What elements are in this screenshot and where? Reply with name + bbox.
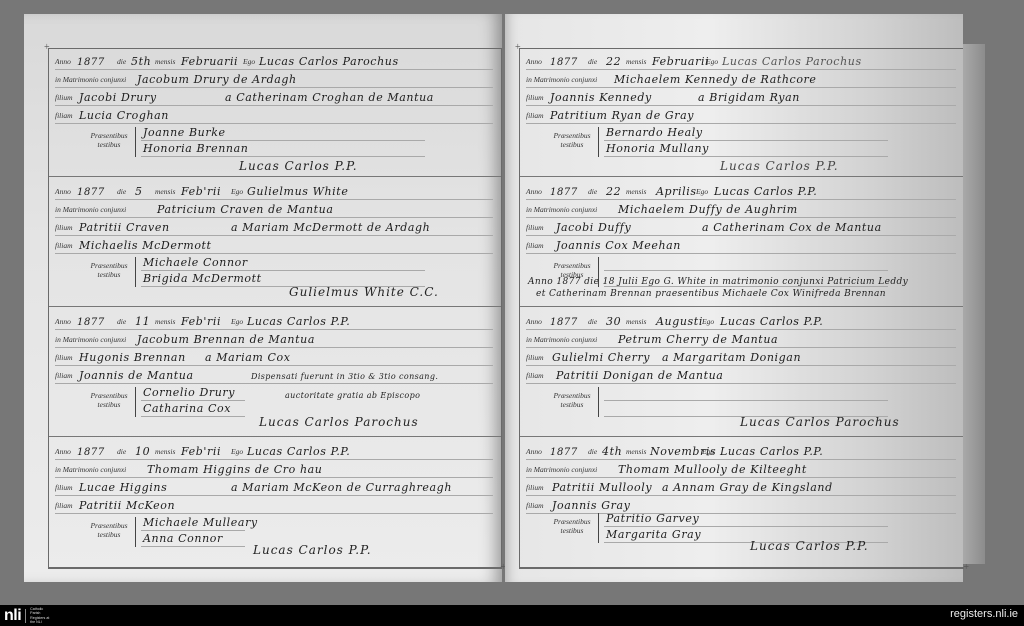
label-filium: filium <box>55 483 73 492</box>
entry-month: Feb'rii <box>181 185 221 198</box>
priest-signature: Lucas Carlos P.P. <box>253 543 372 557</box>
entry-groom-mother: a Catherinam Croghan de Mantua <box>225 91 434 104</box>
label-filiam: filiam <box>526 241 544 250</box>
label-filium: filium <box>55 93 73 102</box>
entry-groom: Petrum Cherry de Mantua <box>618 333 778 346</box>
entry-bride: Patritium Ryan de Gray <box>550 109 694 122</box>
entry-day: 5 <box>135 185 143 198</box>
label-filiam: filiam <box>55 241 73 250</box>
entry-day: 22 <box>606 185 621 198</box>
register-page-right: Anno 1877 die 22 mensis Februarii Ego Lu… <box>505 14 963 582</box>
register-frame-left: Anno 1877 die 5th mensis Februarii Ego L… <box>48 48 502 569</box>
label-anno: Anno <box>526 317 542 326</box>
entry-groom-father: Patritii Craven <box>79 221 170 234</box>
priest-signature: Lucas Carlos Parochus <box>259 415 419 429</box>
brace <box>135 387 138 417</box>
label-die: die <box>588 57 597 66</box>
label-mensis: mensis <box>626 317 646 326</box>
witness-name: Honoria Mullany <box>606 142 709 155</box>
witnesses: Præsentibustestibus Cornelio Drury Catha… <box>85 385 445 419</box>
witness-label: Præsentibustestibus <box>85 391 133 409</box>
label-filiam: filiam <box>55 501 73 510</box>
witness-label: Præsentibustestibus <box>548 131 596 149</box>
entry-groom: Patricium Craven de Mantua <box>157 203 334 216</box>
witness-label: Præsentibustestibus <box>548 517 596 535</box>
label-mensis: mensis <box>155 187 175 196</box>
witness-label: Præsentibustestibus <box>85 261 133 279</box>
entry-groom: Michaelem Duffy de Aughrim <box>618 203 798 216</box>
nli-logo[interactable]: nli Catholic Parish Registers at the NLI <box>4 607 54 624</box>
label-conjunxi: in Matrimonio conjunxi <box>526 465 597 474</box>
label-filiam: filiam <box>55 111 73 120</box>
register-page-left: Anno 1877 die 5th mensis Februarii Ego L… <box>24 14 502 582</box>
witness-label: Præsentibustestibus <box>85 521 133 539</box>
marriage-entry: Anno 1877 die 22 mensis Februarii Ego Lu… <box>520 49 964 177</box>
witness-label: Præsentibustestibus <box>85 131 133 149</box>
label-ego: Ego <box>243 57 255 66</box>
marginal-note: Anno 1877 die 18 Julii Ego G. White in m… <box>528 277 908 287</box>
label-filium: filium <box>526 93 544 102</box>
entry-groom: Thomam Higgins de Cro hau <box>147 463 322 476</box>
entry-bride: Patritii McKeon <box>79 499 175 512</box>
witness-name: Cornelio Drury <box>143 386 235 399</box>
entry-year: 1877 <box>77 187 105 198</box>
priest-signature: Gulielmus White C.C. <box>289 285 439 299</box>
entry-groom-father: Patritii Mullooly <box>552 481 652 494</box>
label-conjunxi: in Matrimonio conjunxi <box>55 205 126 214</box>
entry-bride: Lucia Croghan <box>79 109 169 122</box>
priest-signature: Lucas Carlos P.P. <box>720 159 839 173</box>
entry-month: Aprilis <box>656 185 697 198</box>
priest-signature: Lucas Carlos P.P. <box>750 539 869 553</box>
entry-day: 5th <box>131 55 151 68</box>
label-conjunxi: in Matrimonio conjunxi <box>526 205 597 214</box>
witness-name: Michaele Connor <box>143 256 248 269</box>
label-filium: filium <box>526 483 544 492</box>
entry-day: 10 <box>135 445 150 458</box>
label-anno: Anno <box>55 447 71 456</box>
entry-groom-mother: a Mariam McKeon de Curraghreagh <box>231 481 452 494</box>
register-frame-right: Anno 1877 die 22 mensis Februarii Ego Lu… <box>519 48 964 569</box>
entry-month: Feb'rii <box>181 445 221 458</box>
label-filium: filium <box>526 223 544 232</box>
entry-groom-father: Joannis Kennedy <box>550 91 652 104</box>
priest-signature: Lucas Carlos Parochus <box>740 415 900 429</box>
label-ego: Ego <box>702 447 714 456</box>
label-anno: Anno <box>526 187 542 196</box>
marriage-entry: Anno 1877 die 5th mensis Februarii Ego L… <box>49 49 501 177</box>
label-mensis: mensis <box>626 447 646 456</box>
witness-name: Anna Connor <box>143 532 223 545</box>
entry-bride: Joannis Cox Meehan <box>556 239 681 252</box>
entry-day: 30 <box>606 315 621 328</box>
entry-groom-mother: a Brigidam Ryan <box>698 91 800 104</box>
label-conjunxi: in Matrimonio conjunxi <box>55 75 126 84</box>
witness-name: Brigida McDermott <box>143 272 262 285</box>
label-filiam: filiam <box>526 111 544 120</box>
entry-month: Augusti <box>656 315 703 328</box>
label-filium: filium <box>55 353 73 362</box>
entry-month: Februarii <box>652 55 709 68</box>
label-die: die <box>588 317 597 326</box>
label-mensis: mensis <box>155 317 175 326</box>
entry-year: 1877 <box>77 57 105 68</box>
entry-groom-father: Jacobi Duffy <box>556 221 631 234</box>
footer-bar: nli Catholic Parish Registers at the NLI… <box>0 605 1024 626</box>
entry-month: Feb'rii <box>181 315 221 328</box>
brace <box>598 513 601 543</box>
label-filiam: filiam <box>526 501 544 510</box>
marriage-entry: Anno 1877 die 22 mensis Aprilis Ego Luca… <box>520 179 964 307</box>
label-filium: filium <box>526 353 544 362</box>
logo-divider <box>25 609 26 623</box>
dispensation-note: Dispensati fuerunt in 3tio & 3tio consan… <box>251 372 438 381</box>
label-ego: Ego <box>231 187 243 196</box>
label-filiam: filiam <box>55 371 73 380</box>
entry-year: 1877 <box>550 57 578 68</box>
witness-name: Michaele Mulleary <box>143 516 258 529</box>
label-die: die <box>117 187 126 196</box>
entry-groom-father: Gulielmi Cherry <box>552 351 650 364</box>
entry-year: 1877 <box>77 447 105 458</box>
label-ego: Ego <box>231 317 243 326</box>
entry-priest: Lucas Carlos P.P. <box>720 445 823 458</box>
entry-groom: Jacobum Brennan de Mantua <box>137 333 315 346</box>
label-anno: Anno <box>55 57 71 66</box>
entry-groom: Jacobum Drury de Ardagh <box>137 73 297 86</box>
priest-signature: Lucas Carlos P.P. <box>239 159 358 173</box>
label-filium: filium <box>55 223 73 232</box>
entry-groom-mother: a Margaritam Donigan <box>662 351 801 364</box>
entry-month: Februarii <box>181 55 238 68</box>
witnesses: Præsentibustestibus <box>548 385 908 419</box>
entry-priest: Lucas Carlos Parochus <box>722 55 862 68</box>
label-conjunxi: in Matrimonio conjunxi <box>55 465 126 474</box>
brace <box>135 517 138 547</box>
marriage-entry: Anno 1877 die 30 mensis Augusti Ego Luca… <box>520 309 964 437</box>
label-conjunxi: in Matrimonio conjunxi <box>526 75 597 84</box>
entry-day: 11 <box>135 315 150 328</box>
label-ego: Ego <box>231 447 243 456</box>
label-anno: Anno <box>526 447 542 456</box>
entry-groom: Thomam Mullooly de Kilteeght <box>618 463 807 476</box>
entry-day: 22 <box>606 55 621 68</box>
brace <box>598 127 601 157</box>
witness-label: Præsentibustestibus <box>548 391 596 409</box>
entry-year: 1877 <box>550 447 578 458</box>
entry-groom-father: Jacobi Drury <box>79 91 157 104</box>
label-die: die <box>117 447 126 456</box>
label-conjunxi: in Matrimonio conjunxi <box>55 335 126 344</box>
entry-bride: Patritii Donigan de Mantua <box>556 369 723 382</box>
marriage-entry: Anno 1877 die 5 mensis Feb'rii Ego Gulie… <box>49 179 501 307</box>
entry-priest: Gulielmus White <box>247 185 348 198</box>
nli-logo-text: Catholic Parish Registers at the NLI <box>30 607 54 624</box>
label-mensis: mensis <box>626 57 646 66</box>
image-viewer[interactable]: Anno 1877 die 5th mensis Februarii Ego L… <box>0 0 1024 605</box>
marriage-entry: Anno 1877 die 10 mensis Feb'rii Ego Luca… <box>49 439 501 567</box>
entry-priest: Lucas Carlos Parochus <box>259 55 399 68</box>
marginal-note: et Catherinam Brennan praesentibus Micha… <box>536 289 886 299</box>
witnesses: Præsentibustestibus Joanne Burke Honoria… <box>85 125 445 159</box>
entry-year: 1877 <box>77 317 105 328</box>
marriage-entry: Anno 1877 die 11 mensis Feb'rii Ego Luca… <box>49 309 501 437</box>
witness-name: Bernardo Healy <box>606 126 703 139</box>
label-anno: Anno <box>55 187 71 196</box>
site-link[interactable]: registers.nli.ie <box>950 608 1018 620</box>
entry-priest: Lucas Carlos P.P. <box>247 315 350 328</box>
label-ego: Ego <box>696 187 708 196</box>
entry-groom-mother: a Mariam Cox <box>205 351 291 364</box>
entry-bride: Joannis de Mantua <box>79 369 194 382</box>
entry-priest: Lucas Carlos P.P. <box>720 315 823 328</box>
entry-groom-father: Lucae Higgins <box>79 481 167 494</box>
nli-logo-mark: nli <box>4 607 21 624</box>
entry-bride: Michaelis McDermott <box>79 239 212 252</box>
entry-priest: Lucas Carlos P.P. <box>714 185 817 198</box>
witness-name: Catharina Cox <box>143 402 231 415</box>
witness-name: Patritio Garvey <box>606 512 699 525</box>
entry-day: 4th <box>602 445 622 458</box>
entry-groom-mother: a Mariam McDermott de Ardagh <box>231 221 430 234</box>
brace <box>135 257 138 287</box>
entry-year: 1877 <box>550 317 578 328</box>
label-anno: Anno <box>55 317 71 326</box>
label-filiam: filiam <box>526 371 544 380</box>
label-die: die <box>117 317 126 326</box>
entry-groom-mother: a Annam Gray de Kingsland <box>662 481 833 494</box>
label-die: die <box>588 187 597 196</box>
witness-name: Margarita Gray <box>606 528 701 541</box>
label-anno: Anno <box>526 57 542 66</box>
label-die: die <box>117 57 126 66</box>
entry-groom: Michaelem Kennedy de Rathcore <box>614 73 817 86</box>
entry-groom-father: Hugonis Brennan <box>79 351 186 364</box>
marriage-entry: Anno 1877 die 4th mensis Novembris Ego L… <box>520 439 964 567</box>
witness-name: Joanne Burke <box>143 126 226 139</box>
brace <box>598 387 601 417</box>
witnesses: Præsentibustestibus Michaele Connor Brig… <box>85 255 445 289</box>
label-mensis: mensis <box>155 57 175 66</box>
label-die: die <box>588 447 597 456</box>
brace <box>135 127 138 157</box>
witnesses: Præsentibustestibus Bernardo Healy Honor… <box>548 125 908 159</box>
entry-groom-mother: a Catherinam Cox de Mantua <box>702 221 882 234</box>
entry-year: 1877 <box>550 187 578 198</box>
label-mensis: mensis <box>626 187 646 196</box>
entry-priest: Lucas Carlos P.P. <box>247 445 350 458</box>
label-mensis: mensis <box>155 447 175 456</box>
label-ego: Ego <box>702 317 714 326</box>
label-ego: Ego <box>706 57 718 66</box>
label-conjunxi: in Matrimonio conjunxi <box>526 335 597 344</box>
witness-name: Honoria Brennan <box>143 142 248 155</box>
